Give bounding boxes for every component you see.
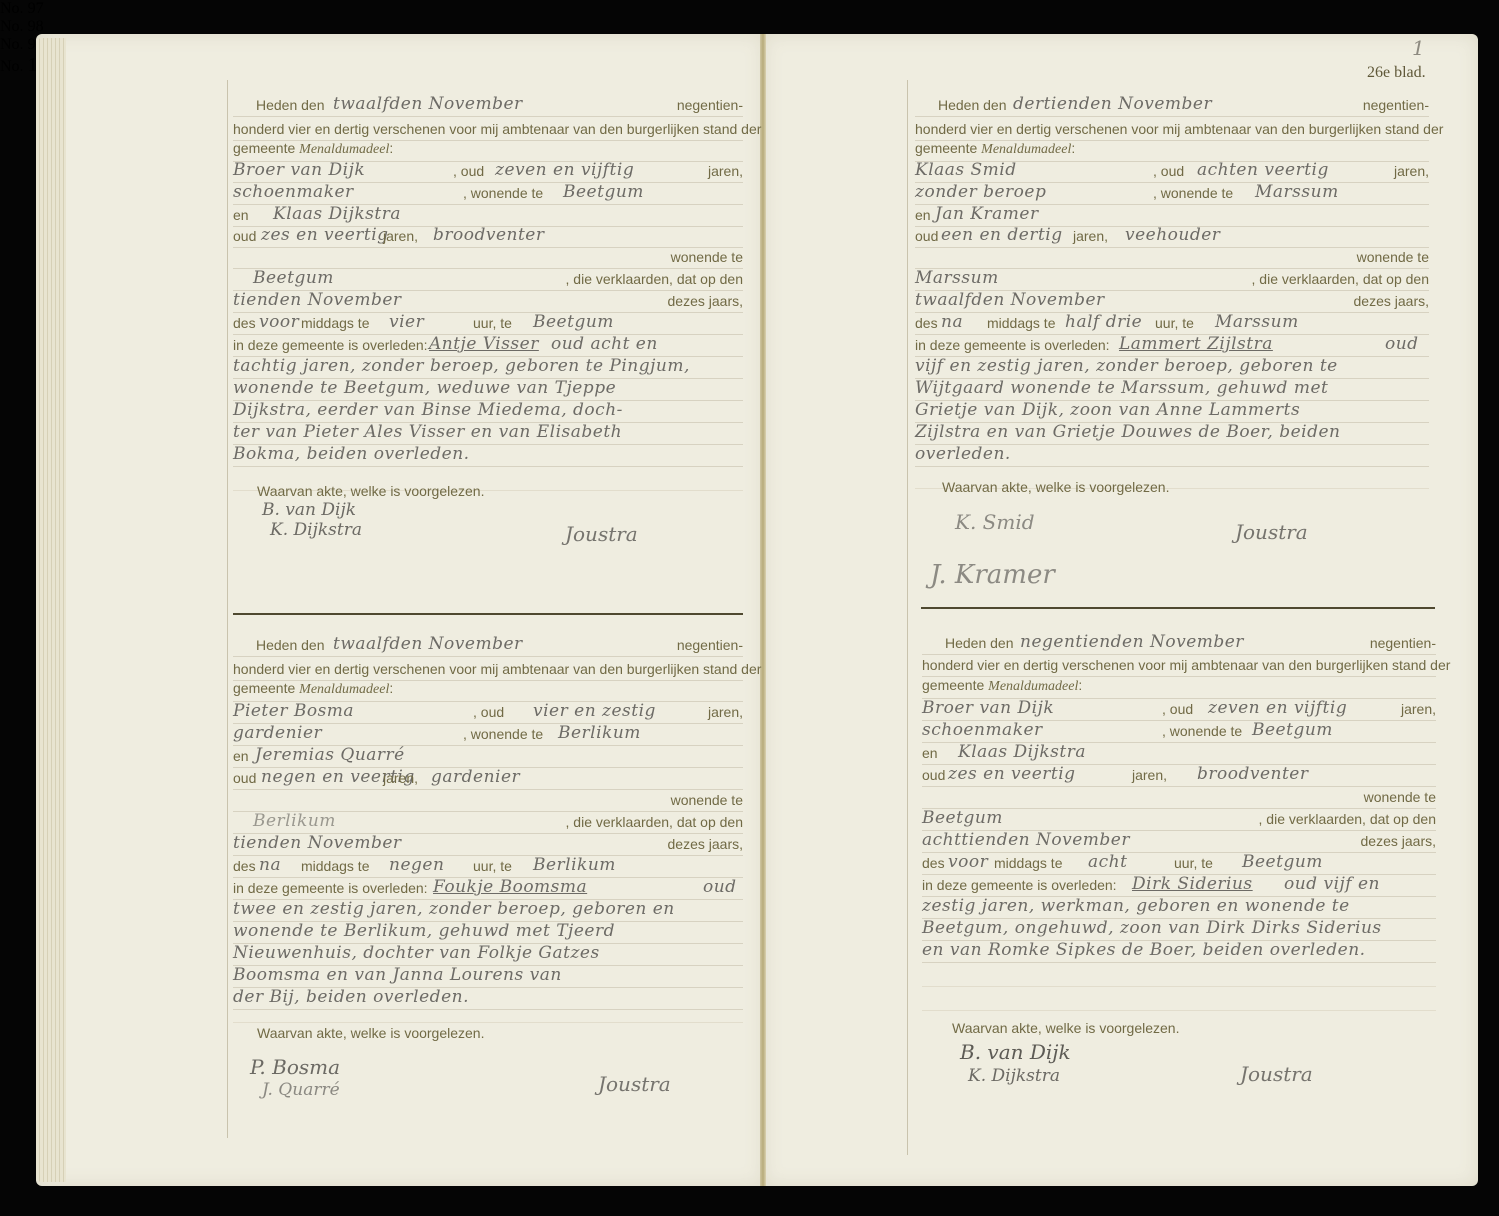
line-time: des na middags te negen uur, te Berlikum xyxy=(233,855,743,878)
witness2-name: Jan Kramer xyxy=(935,204,1039,224)
print-text: , wonende te xyxy=(463,185,543,201)
witness2-residence: Berlikum xyxy=(253,811,336,831)
date-declared: negentienden November xyxy=(1020,632,1244,652)
print-text: gemeente xyxy=(233,140,295,156)
print-text: des xyxy=(915,315,938,331)
line-date-death: achttienden November dezes jaars, xyxy=(922,830,1436,853)
witness2-name: Klaas Dijkstra xyxy=(958,742,1086,762)
print-text: uur, te xyxy=(473,858,512,874)
details-line: Wijtgaard wonende te Marssum, gehuwd met xyxy=(915,378,1328,398)
details-row: Grietje van Dijk, zoon van Anne Lammerts xyxy=(915,400,1429,423)
print-text: en xyxy=(915,207,931,223)
line-wonende: wonende te xyxy=(233,789,743,812)
line-witness2-res: Beetgum , die verklaarden, dat op den xyxy=(922,808,1436,831)
witness2-occupation: gardenier xyxy=(431,767,520,787)
line-witness1: Broer van Dijk , oud zeven en vijftig ja… xyxy=(233,160,743,183)
print-text: , die verklaarden, dat op den xyxy=(1252,271,1429,287)
signature-official: Joustra xyxy=(598,1072,671,1096)
print-text: gemeente xyxy=(922,677,984,693)
witness2-age: zes en veertig xyxy=(948,764,1076,784)
deceased-name: Dirk Siderius xyxy=(1132,874,1253,894)
details-line: wonende te Berlikum, gehuwd met Tjeerd xyxy=(233,921,615,941)
witness2-residence: Marssum xyxy=(915,268,999,288)
print-text: en xyxy=(922,745,938,761)
signature-witness1: K. Smid xyxy=(955,510,1035,534)
line-gemeente: gemeente Menaldumadeel: xyxy=(922,676,1436,699)
print-text: dezes jaars, xyxy=(1361,833,1436,849)
deceased-name: Foukje Boomsma xyxy=(433,877,587,897)
details-line: oud xyxy=(1385,334,1419,354)
witness1-age: vier en zestig xyxy=(533,701,656,721)
witness2-age: zes en veertig xyxy=(261,225,389,245)
details-row: wonende te Berlikum, gehuwd met Tjeerd xyxy=(233,921,743,944)
witness2-age: een en dertig xyxy=(941,225,1063,245)
print-text: honderd vier en dertig verschenen voor m… xyxy=(922,657,1450,673)
print-text: , oud xyxy=(1162,701,1193,717)
date-declared: twaalfden November xyxy=(333,94,523,114)
details-line: oud xyxy=(703,877,737,897)
witness1-name: Broer van Dijk xyxy=(233,160,365,180)
print-text: , wonende te xyxy=(1162,723,1242,739)
place-of-death: Beetgum xyxy=(533,312,614,332)
details-row: Beetgum, ongehuwd, zoon van Dirk Dirks S… xyxy=(922,918,1436,941)
time-of-day: voor xyxy=(948,852,988,872)
act-number: 97 xyxy=(28,0,44,17)
act-number-label: No. xyxy=(0,36,24,53)
line-time: des voor middags te vier uur, te Beetgum xyxy=(233,312,743,335)
print-text: , wonende te xyxy=(1153,185,1233,201)
print-text: jaren, xyxy=(1394,163,1429,179)
line-honderd: honderd vier en dertig verschenen voor m… xyxy=(922,654,1436,677)
signature-witness2: K. Dijkstra xyxy=(968,1066,1060,1086)
print-text: middags te xyxy=(301,858,369,874)
signature-witness1: B. van Dijk xyxy=(960,1040,1071,1064)
line-gemeente: gemeente Menaldumadeel: xyxy=(915,139,1429,162)
line-wonende: wonende te xyxy=(915,246,1429,269)
line-overleden: in deze gemeente is overleden: Antje Vis… xyxy=(233,334,743,357)
witness2-residence: Beetgum xyxy=(922,808,1003,828)
print-text: , die verklaarden, dat op den xyxy=(566,271,743,287)
print-text: Heden den xyxy=(256,97,325,113)
line-witness1-occ: zonder beroep , wonende te Marssum xyxy=(915,182,1429,205)
line-wonende: wonende te xyxy=(233,246,743,269)
details-line: ter van Pieter Ales Visser en van Elisab… xyxy=(233,422,622,442)
act-number-label: No. xyxy=(0,18,24,35)
print-text: wonende te xyxy=(1364,789,1436,805)
details-row: zestig jaren, werkman, geboren en wonend… xyxy=(922,896,1436,919)
line-witness2-age: oud negen en veertig jaren, gardenier xyxy=(233,767,743,790)
line-witness2: en Klaas Dijkstra xyxy=(922,742,1436,765)
line-witness1-occ: schoenmaker , wonende te Beetgum xyxy=(233,182,743,205)
line-time: des na middags te half drie uur, te Mars… xyxy=(915,312,1429,335)
witness1-age: zeven en vijftig xyxy=(1208,698,1347,718)
line-honderd: honderd vier en dertig verschenen voor m… xyxy=(915,118,1429,141)
line-date-declared: Heden den negentienden November negentie… xyxy=(922,632,1436,655)
act-number-label: No. xyxy=(0,58,24,75)
municipality: Menaldumadeel xyxy=(988,679,1078,694)
witness1-occupation: gardenier xyxy=(233,723,322,743)
line-overleden: in deze gemeente is overleden: Dirk Side… xyxy=(922,874,1436,897)
print-text: des xyxy=(233,858,256,874)
place-of-death: Marssum xyxy=(1215,312,1299,332)
details-row: ter van Pieter Ales Visser en van Elisab… xyxy=(233,422,743,445)
print-text: oud xyxy=(233,228,256,244)
print-text: , oud xyxy=(473,704,504,720)
details-line: Dijkstra, eerder van Binse Miedema, doch… xyxy=(233,400,623,420)
print-text: negentien- xyxy=(1363,97,1429,113)
blank-row xyxy=(233,1000,743,1023)
line-time: des voor middags te acht uur, te Beetgum xyxy=(922,852,1436,875)
witness1-residence: Beetgum xyxy=(563,182,644,202)
print-text: dezes jaars, xyxy=(1354,293,1429,309)
print-text: Heden den xyxy=(945,635,1014,651)
line-witness1: Broer van Dijk , oud zeven en vijftig ja… xyxy=(922,698,1436,721)
waarvan-text: Waarvan akte, welke is voorgelezen. xyxy=(942,479,1169,495)
witness1-occupation: schoenmaker xyxy=(233,182,354,202)
print-text: gemeente xyxy=(233,680,295,696)
print-text: dezes jaars, xyxy=(668,836,743,852)
details-row: twee en zestig jaren, zonder beroep, geb… xyxy=(233,899,743,922)
line-wonende: wonende te xyxy=(922,786,1436,809)
line-date-declared: Heden den dertienden November negentien- xyxy=(915,94,1429,117)
line-witness2: en Jan Kramer xyxy=(915,204,1429,227)
municipality: Menaldumadeel xyxy=(299,682,389,697)
time-of-day: na xyxy=(259,855,281,875)
witness1-name: Broer van Dijk xyxy=(922,698,1054,718)
line-witness1-occ: schoenmaker , wonende te Beetgum xyxy=(922,720,1436,743)
signature-witness1: P. Bosma xyxy=(250,1055,340,1079)
details-row: Wijtgaard wonende te Marssum, gehuwd met xyxy=(915,378,1429,401)
print-text: wonende te xyxy=(671,249,743,265)
place-of-death: Beetgum xyxy=(1242,852,1323,872)
details-line: en van Romke Sipkes de Boer, beiden over… xyxy=(922,940,1366,960)
hour: vier xyxy=(389,312,424,332)
line-witness2-age: oud een en dertig jaren, veehouder xyxy=(915,225,1429,248)
witness2-occupation: broodventer xyxy=(1197,764,1309,784)
line-date-declared: Heden den twaalfden November negentien- xyxy=(233,94,743,117)
signature-witness2: J. Quarré xyxy=(262,1080,340,1100)
date-of-death: twaalfden November xyxy=(915,290,1105,310)
witness1-age: achten veertig xyxy=(1197,160,1329,180)
time-of-day: na xyxy=(941,312,963,332)
details-row: Nieuwenhuis, dochter van Folkje Gatzes xyxy=(233,943,743,966)
signature-official: Joustra xyxy=(565,522,638,546)
print-text: middags te xyxy=(987,315,1055,331)
print-text: des xyxy=(233,315,256,331)
details-row: overleden. xyxy=(915,444,1429,467)
signature-official: Joustra xyxy=(1240,1062,1313,1086)
witness1-residence: Marssum xyxy=(1255,182,1339,202)
details-row: wonende te Beetgum, weduwe van Tjeppe xyxy=(233,378,743,401)
signature-witness2: J. Kramer xyxy=(930,560,1055,590)
details-line: twee en zestig jaren, zonder beroep, geb… xyxy=(233,899,675,919)
line-honderd: honderd vier en dertig verschenen voor m… xyxy=(233,658,743,681)
signature-official: Joustra xyxy=(1235,520,1308,544)
line-witness1: Pieter Bosma , oud vier en zestig jaren, xyxy=(233,701,743,724)
witness2-name: Klaas Dijkstra xyxy=(273,204,401,224)
hour: half drie xyxy=(1065,312,1142,332)
page-edges xyxy=(36,38,66,1182)
details-row: en van Romke Sipkes de Boer, beiden over… xyxy=(922,940,1436,963)
details-row: Dijkstra, eerder van Binse Miedema, doch… xyxy=(233,400,743,423)
print-text: jaren, xyxy=(383,228,418,244)
print-text: uur, te xyxy=(473,315,512,331)
print-text: jaren, xyxy=(383,770,418,786)
waarvan-text: Waarvan akte, welke is voorgelezen. xyxy=(257,483,484,499)
act-number: 98 xyxy=(28,18,44,35)
line-date-death: tienden November dezes jaars, xyxy=(233,833,743,856)
sheet-label: 26e blad. xyxy=(1367,64,1426,82)
line-date-declared: Heden den twaalfden November negentien- xyxy=(233,634,743,657)
act-97: No. 97 Heden den twaalfden November nege… xyxy=(0,0,1499,18)
line-witness2: en Jeremias Quarré xyxy=(233,745,743,768)
print-text: negentien- xyxy=(1370,635,1436,651)
print-text: en xyxy=(233,207,249,223)
line-witness1: Klaas Smid , oud achten veertig jaren, xyxy=(915,160,1429,183)
print-text: oud xyxy=(915,228,938,244)
print-text: in deze gemeente is overleden: xyxy=(233,880,428,896)
date-of-death: tienden November xyxy=(233,290,402,310)
line-gemeente: gemeente Menaldumadeel: xyxy=(233,679,743,702)
deceased-name: Lammert Zijlstra xyxy=(1119,334,1273,354)
print-text: in deze gemeente is overleden: xyxy=(233,337,428,353)
line-witness2: en Klaas Dijkstra xyxy=(233,204,743,227)
witness2-occupation: veehouder xyxy=(1125,225,1220,245)
hour: negen xyxy=(389,855,444,875)
print-text: honderd vier en dertig verschenen voor m… xyxy=(233,121,761,137)
print-text: jaren, xyxy=(1132,767,1167,783)
print-text: middags te xyxy=(994,855,1062,871)
sheet-pencil-mark: 1 xyxy=(1412,36,1425,60)
details-row: Zijlstra en van Grietje Douwes de Boer, … xyxy=(915,422,1429,445)
witness1-name: Klaas Smid xyxy=(915,160,1017,180)
print-text: uur, te xyxy=(1155,315,1194,331)
print-text: honderd vier en dertig verschenen voor m… xyxy=(915,121,1443,137)
print-text: jaren, xyxy=(1073,228,1108,244)
details-line: oud acht en xyxy=(551,334,658,354)
details-line: tachtig jaren, zonder beroep, geboren te… xyxy=(233,356,690,376)
print-text: gemeente xyxy=(915,140,977,156)
details-line: Nieuwenhuis, dochter van Folkje Gatzes xyxy=(233,943,600,963)
details-line: overleden. xyxy=(915,444,1011,464)
time-of-day: voor xyxy=(259,312,299,332)
municipality: Menaldumadeel xyxy=(981,142,1071,157)
line-overleden: in deze gemeente is overleden: Lammert Z… xyxy=(915,334,1429,357)
date-of-death: tienden November xyxy=(233,833,402,853)
right-margin-line xyxy=(907,80,908,1155)
details-line: Beetgum, ongehuwd, zoon van Dirk Dirks S… xyxy=(922,918,1382,938)
print-text: wonende te xyxy=(1357,249,1429,265)
left-margin-line xyxy=(227,80,228,1138)
print-text: , oud xyxy=(1153,163,1184,179)
act-divider xyxy=(233,613,743,615)
print-text: dezes jaars, xyxy=(668,293,743,309)
book-gutter xyxy=(760,34,766,1186)
print-text: in deze gemeente is overleden: xyxy=(915,337,1110,353)
line-date-death: twaalfden November dezes jaars, xyxy=(915,290,1429,313)
blank-row xyxy=(922,964,1436,987)
details-line: Boomsma en van Janna Lourens van xyxy=(233,965,562,985)
print-text: wonende te xyxy=(671,792,743,808)
print-text: oud xyxy=(233,770,256,786)
print-text: Heden den xyxy=(256,637,325,653)
witness2-occupation: broodventer xyxy=(433,225,545,245)
print-text: Heden den xyxy=(938,97,1007,113)
print-text: oud xyxy=(922,767,945,783)
witness1-age: zeven en vijftig xyxy=(495,160,634,180)
print-text: , wonende te xyxy=(463,726,543,742)
place-of-death: Berlikum xyxy=(533,855,616,875)
line-overleden: in deze gemeente is overleden: Foukje Bo… xyxy=(233,877,743,900)
details-line: wonende te Beetgum, weduwe van Tjeppe xyxy=(233,378,616,398)
details-row: Bokma, beiden overleden. xyxy=(233,444,743,467)
print-text: negentien- xyxy=(677,97,743,113)
details-row: tachtig jaren, zonder beroep, geboren te… xyxy=(233,356,743,379)
print-text: , oud xyxy=(453,163,484,179)
date-declared: dertienden November xyxy=(1013,94,1212,114)
deceased-name: Antje Visser xyxy=(429,334,539,354)
details-line: zestig jaren, werkman, geboren en wonend… xyxy=(922,896,1350,916)
witness1-residence: Berlikum xyxy=(558,723,641,743)
print-text: jaren, xyxy=(708,704,743,720)
signature-witness2: K. Dijkstra xyxy=(270,520,362,540)
details-row: Boomsma en van Janna Lourens van xyxy=(233,965,743,988)
line-witness2-age: oud zes en veertig jaren, broodventer xyxy=(233,225,743,248)
line-date-death: tienden November dezes jaars, xyxy=(233,290,743,313)
waarvan-text: Waarvan akte, welke is voorgelezen. xyxy=(952,1020,1179,1036)
line-witness2-age: oud zes en veertig jaren, broodventer xyxy=(922,764,1436,787)
details-line: Grietje van Dijk, zoon van Anne Lammerts xyxy=(915,400,1300,420)
line-witness2-res: Beetgum , die verklaarden, dat op den xyxy=(233,268,743,291)
details-line: Zijlstra en van Grietje Douwes de Boer, … xyxy=(915,422,1340,442)
line-gemeente: gemeente Menaldumadeel: xyxy=(233,139,743,162)
line-honderd: honderd vier en dertig verschenen voor m… xyxy=(233,118,743,141)
blank-row xyxy=(922,988,1436,1011)
act-number-label: No. xyxy=(0,0,24,17)
details-row: vijf en zestig jaren, zonder beroep, geb… xyxy=(915,356,1429,379)
witness1-occupation: schoenmaker xyxy=(922,720,1043,740)
print-text: uur, te xyxy=(1174,855,1213,871)
print-text: , die verklaarden, dat op den xyxy=(566,814,743,830)
hour: acht xyxy=(1088,852,1127,872)
print-text: jaren, xyxy=(708,163,743,179)
date-of-death: achttienden November xyxy=(922,830,1130,850)
witness1-occupation: zonder beroep xyxy=(915,182,1046,202)
waarvan-text: Waarvan akte, welke is voorgelezen. xyxy=(257,1025,484,1041)
print-text: , die verklaarden, dat op den xyxy=(1259,811,1436,827)
witness1-residence: Beetgum xyxy=(1252,720,1333,740)
print-text: jaren, xyxy=(1401,701,1436,717)
line-witness1-occ: gardenier , wonende te Berlikum xyxy=(233,723,743,746)
witness1-name: Pieter Bosma xyxy=(233,701,354,721)
witness2-name: Jeremias Quarré xyxy=(255,745,405,765)
date-declared: twaalfden November xyxy=(333,634,523,654)
print-text: negentien- xyxy=(677,637,743,653)
act-divider xyxy=(921,607,1435,609)
print-text: in deze gemeente is overleden: xyxy=(922,877,1117,893)
line-witness2-res: Berlikum , die verklaarden, dat op den xyxy=(233,811,743,834)
print-text: en xyxy=(233,748,249,764)
line-witness2-res: Marssum , die verklaarden, dat op den xyxy=(915,268,1429,291)
municipality: Menaldumadeel xyxy=(299,142,389,157)
print-text: honderd vier en dertig verschenen voor m… xyxy=(233,661,761,677)
print-text: des xyxy=(922,855,945,871)
details-line: vijf en zestig jaren, zonder beroep, geb… xyxy=(915,356,1338,376)
print-text: middags te xyxy=(301,315,369,331)
details-line: oud vijf en xyxy=(1284,874,1380,894)
details-line: Bokma, beiden overleden. xyxy=(233,444,470,464)
signature-witness1: B. van Dijk xyxy=(262,500,356,520)
witness2-residence: Beetgum xyxy=(253,268,334,288)
